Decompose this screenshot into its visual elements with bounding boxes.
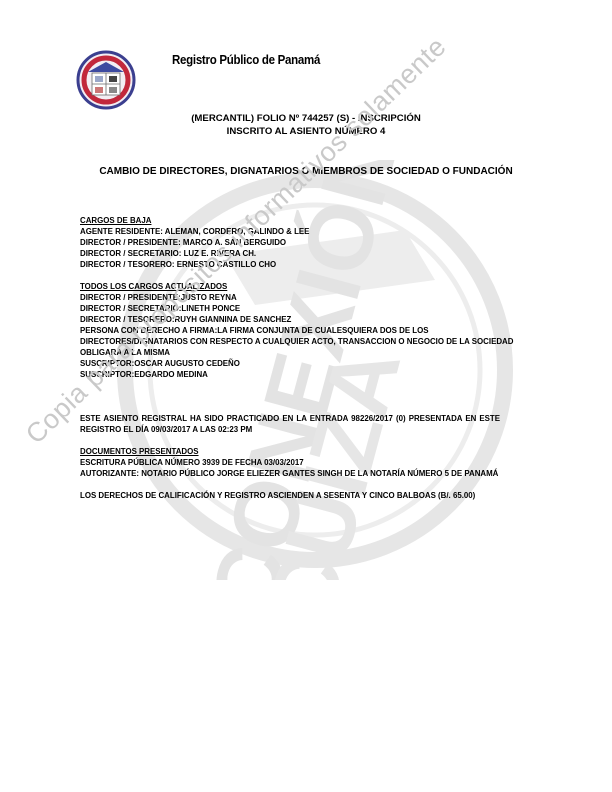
cargo-actualizado-item: SUSCRIPTOR:OSCAR AUGUSTO CEDEÑO <box>80 358 500 369</box>
folio-line: (MERCANTIL) FOLIO Nº 744257 (S) - INSCRI… <box>0 113 612 124</box>
document-body: CARGOS DE BAJA AGENTE RESIDENTE: ALEMAN,… <box>80 215 500 501</box>
cargo-actualizado-item: PERSONA CON DERECHO A FIRMA:LA FIRMA CON… <box>80 325 500 336</box>
derechos-statement: LOS DERECHOS DE CALIFICACIÓN Y REGISTRO … <box>80 490 500 501</box>
cargo-actualizado-item: DIRECTOR / PRESIDENTE:JUSTO REYNA <box>80 292 500 303</box>
asiento-number-line: INSCRITO AL ASIENTO NÚMERO 4 <box>0 126 612 137</box>
cargo-actualizado-item: DIRECTOR / TESORERO:RUYH GIANNINA DE SAN… <box>80 314 500 325</box>
asiento-statement-line2: REGISTRO EL DÍA 09/03/2017 A LAS 02:23 P… <box>80 424 500 435</box>
cargo-actualizado-item: OBLIGARA A LA MISMA <box>80 347 500 358</box>
cargo-baja-item: DIRECTOR / TESORERO: ERNESTO CASTILLO CH… <box>80 259 500 270</box>
documento-item: ESCRITURA PÚBLICA NÚMERO 3939 DE FECHA 0… <box>80 457 500 468</box>
cargo-baja-item: DIRECTOR / PRESIDENTE: MARCO A. SAN BERG… <box>80 237 500 248</box>
cargo-baja-item: AGENTE RESIDENTE: ALEMAN, CORDERO, GALIN… <box>80 226 500 237</box>
asiento-statement-line1: ESTE ASIENTO REGISTRAL HA SIDO PRACTICAD… <box>80 413 500 424</box>
cargos-actualizados-heading: TODOS LOS CARGOS ACTUALIZADOS <box>80 281 500 292</box>
cargos-de-baja-heading: CARGOS DE BAJA <box>80 215 500 226</box>
cargo-baja-item: DIRECTOR / SECRETARIO: LUZ E. RIVERA CH. <box>80 248 500 259</box>
document-title: CAMBIO DE DIRECTORES, DIGNATARIOS O MIEM… <box>0 166 612 177</box>
cargo-actualizado-item: DIRECTOR / SECRETARIO:LINETH PONCE <box>80 303 500 314</box>
documentos-presentados-heading: DOCUMENTOS PRESENTADOS <box>80 446 500 457</box>
document-page: CONEXIÓN CUIZA Registro Público de Panam… <box>0 0 612 792</box>
cargo-actualizado-item: DIRECTORES/DIGNATARIOS CON RESPECTO A CU… <box>80 336 500 347</box>
registro-publico-seal-logo <box>76 50 136 110</box>
documento-item: AUTORIZANTE: NOTARIO PÚBLICO JORGE ELIEZ… <box>80 468 500 479</box>
registry-title: Registro Público de Panamá <box>172 53 320 67</box>
cargo-actualizado-item: SUSCRIPTOR:EDGARDO MEDINA <box>80 369 500 380</box>
